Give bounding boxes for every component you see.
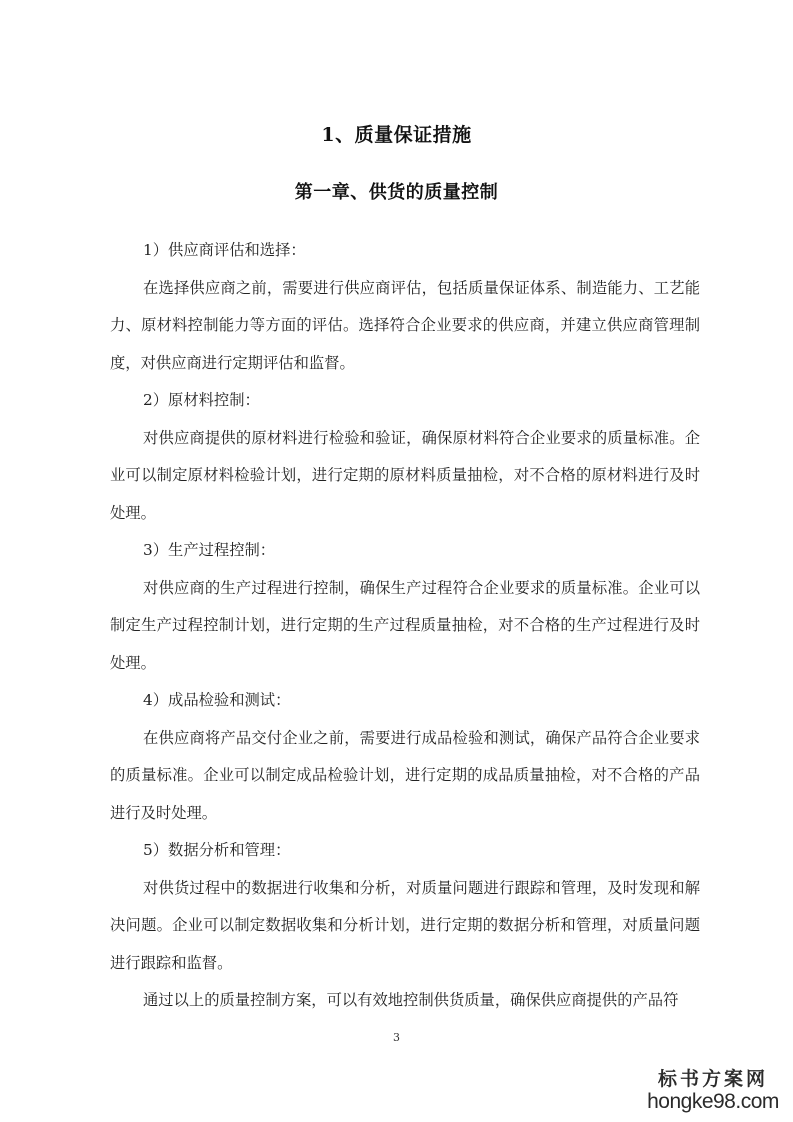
document-page: 1、质量保证措施 第一章、供货的质量控制 1）供应商评估和选择： 在选择供应商之…: [0, 0, 793, 1122]
chapter-title: 第一章、供货的质量控制: [0, 178, 793, 204]
section-heading-4: 4）成品检验和测试：: [110, 682, 700, 720]
section-paragraph-1: 在选择供应商之前，需要进行供应商评估，包括质量保证体系、制造能力、工艺能力、原材…: [110, 270, 700, 383]
section-paragraph-3: 对供应商的生产过程进行控制，确保生产过程符合企业要求的质量标准。企业可以制定生产…: [110, 570, 700, 683]
closing-paragraph: 通过以上的质量控制方案，可以有效地控制供货质量，确保供应商提供的产品符: [110, 982, 700, 1020]
page-number: 3: [0, 1031, 793, 1044]
section-heading-3: 3）生产过程控制：: [110, 532, 700, 570]
document-body: 1）供应商评估和选择： 在选择供应商之前，需要进行供应商评估，包括质量保证体系、…: [110, 232, 700, 1020]
watermark-url: hongke98.com: [643, 1090, 783, 1114]
section-paragraph-2: 对供应商提供的原材料进行检验和验证，确保原材料符合企业要求的质量标准。企业可以制…: [110, 420, 700, 533]
section-paragraph-4: 在供应商将产品交付企业之前，需要进行成品检验和测试，确保产品符合企业要求的质量标…: [110, 720, 700, 833]
section-heading-2: 2）原材料控制：: [110, 382, 700, 420]
watermark: 标书方案网 hongke98.com: [643, 1068, 783, 1114]
watermark-site-name: 标书方案网: [643, 1068, 783, 1090]
section-heading-1: 1）供应商评估和选择：: [110, 232, 700, 270]
section-heading-5: 5）数据分析和管理：: [110, 832, 700, 870]
section-paragraph-5: 对供货过程中的数据进行收集和分析，对质量问题进行跟踪和管理，及时发现和解决问题。…: [110, 870, 700, 983]
document-title: 1、质量保证措施: [0, 120, 793, 147]
